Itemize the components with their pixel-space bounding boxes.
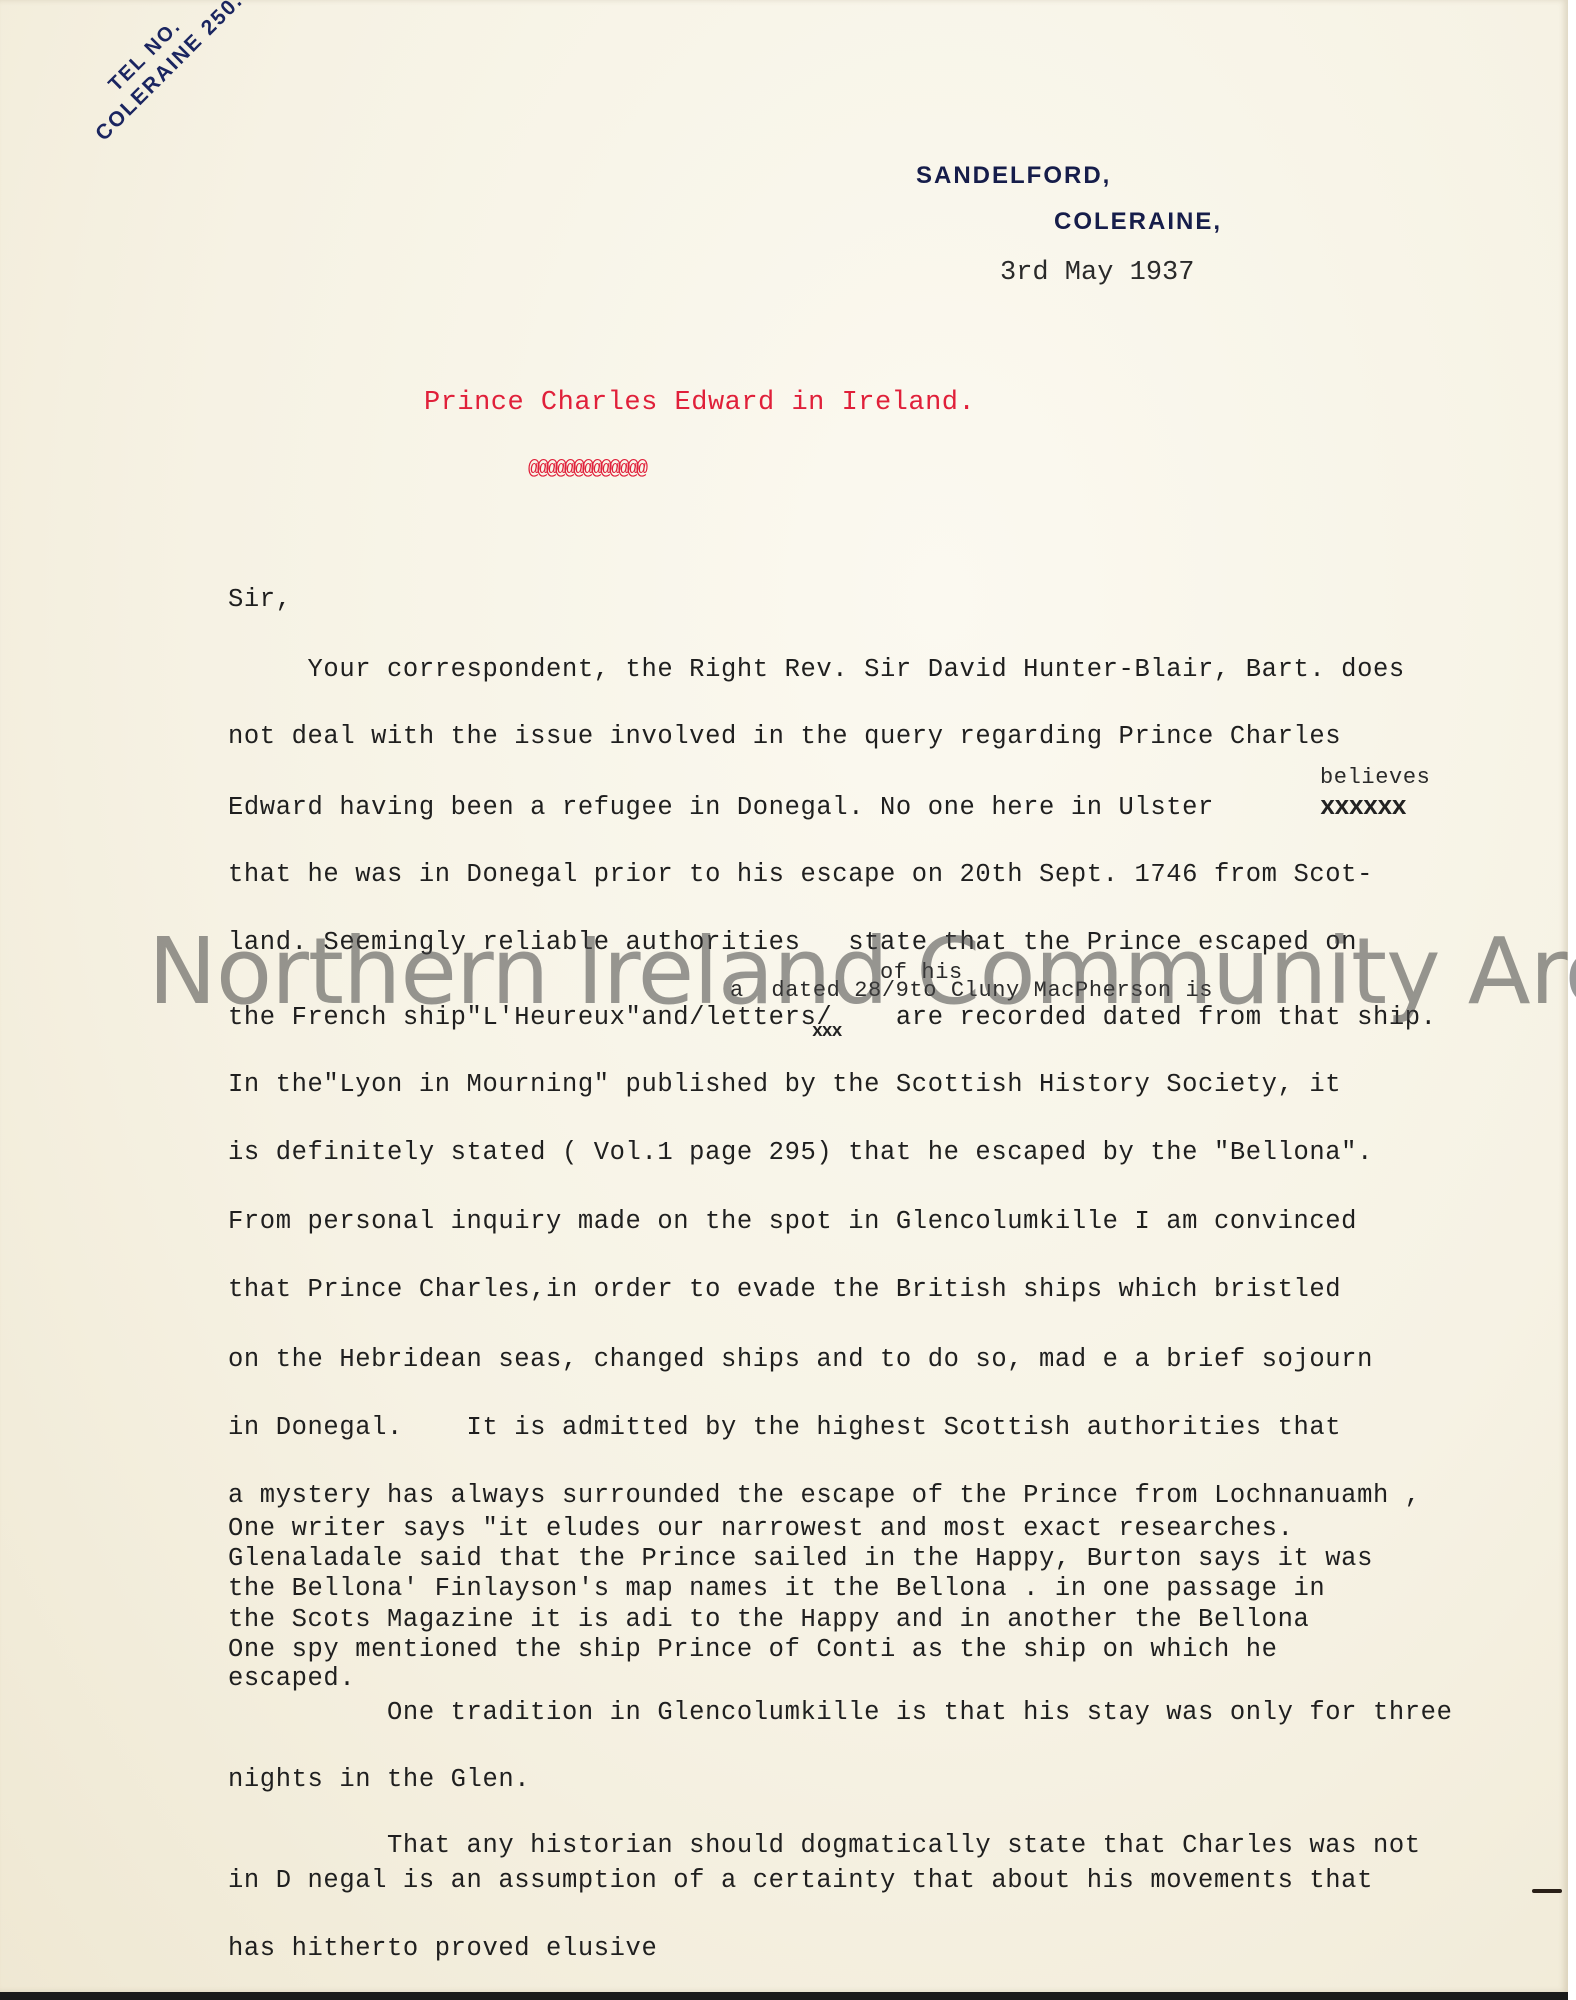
letter-line: the Bellona' Finlayson's map names it th…: [228, 1574, 1325, 1603]
letter-page: TEL NO. COLERAINE 250. SANDELFORD, COLER…: [0, 0, 1568, 1992]
letter-line: is definitely stated ( Vol.1 page 295) t…: [228, 1138, 1373, 1167]
letter-line: One tradition in Glencolumkille is that …: [228, 1698, 1453, 1727]
letter-line: That any historian should dogmatically s…: [228, 1831, 1421, 1860]
letter-line: Glenaladale said that the Prince sailed …: [228, 1544, 1373, 1573]
letter-line: Your correspondent, the Right Rev. Sir D…: [228, 655, 1405, 684]
letter-line: One spy mentioned the ship Prince of Con…: [228, 1635, 1278, 1664]
title-underline: @@@@@@@@@@@@@: [528, 458, 645, 481]
letter-title: Prince Charles Edward in Ireland.: [424, 388, 975, 418]
letter-line: has hitherto proved elusive: [228, 1934, 657, 1963]
struck-xxx: xxx: [812, 1022, 841, 1042]
letter-line: that Prince Charles,in order to evade th…: [228, 1275, 1341, 1304]
archive-watermark: Northern Ireland Community Archive: [148, 918, 1576, 1025]
letter-line: From personal inquiry made on the spot i…: [228, 1207, 1357, 1236]
letter-line: that he was in Donegal prior to his esca…: [228, 860, 1373, 889]
letter-date: 3rd May 1937: [1000, 258, 1194, 288]
letter-line: In the"Lyon in Mourning" published by th…: [228, 1070, 1341, 1099]
letter-line: a mystery has always surrounded the esca…: [228, 1481, 1421, 1510]
address-line-1: SANDELFORD,: [916, 162, 1111, 190]
letter-line: in D negal is an assumption of a certain…: [228, 1866, 1373, 1895]
salutation: Sir,: [228, 585, 292, 614]
letter-line: on the Hebridean seas, changed ships and…: [228, 1345, 1373, 1374]
page-bottom-edge: [0, 1992, 1568, 2000]
telephone-stamp: TEL NO. COLERAINE 250.: [72, 0, 249, 147]
letter-line: nights in the Glen.: [228, 1765, 530, 1794]
letter-line: not deal with the issue involved in the …: [228, 722, 1341, 751]
letter-line: in Donegal. It is admitted by the highes…: [228, 1413, 1341, 1442]
inserted-word-believes: believes: [1320, 765, 1430, 790]
letter-line: One writer says "it eludes our narrowest…: [228, 1514, 1293, 1543]
address-line-2: COLERAINE,: [1054, 208, 1222, 236]
letter-line: Edward having been a refugee in Donegal.…: [228, 793, 1214, 822]
struck-out-word: xxxxxx: [1320, 793, 1406, 822]
ink-mark: [1532, 1889, 1562, 1893]
letter-line: the Scots Magazine it is adi to the Happ…: [228, 1605, 1309, 1634]
letter-line: escaped.: [228, 1664, 355, 1693]
